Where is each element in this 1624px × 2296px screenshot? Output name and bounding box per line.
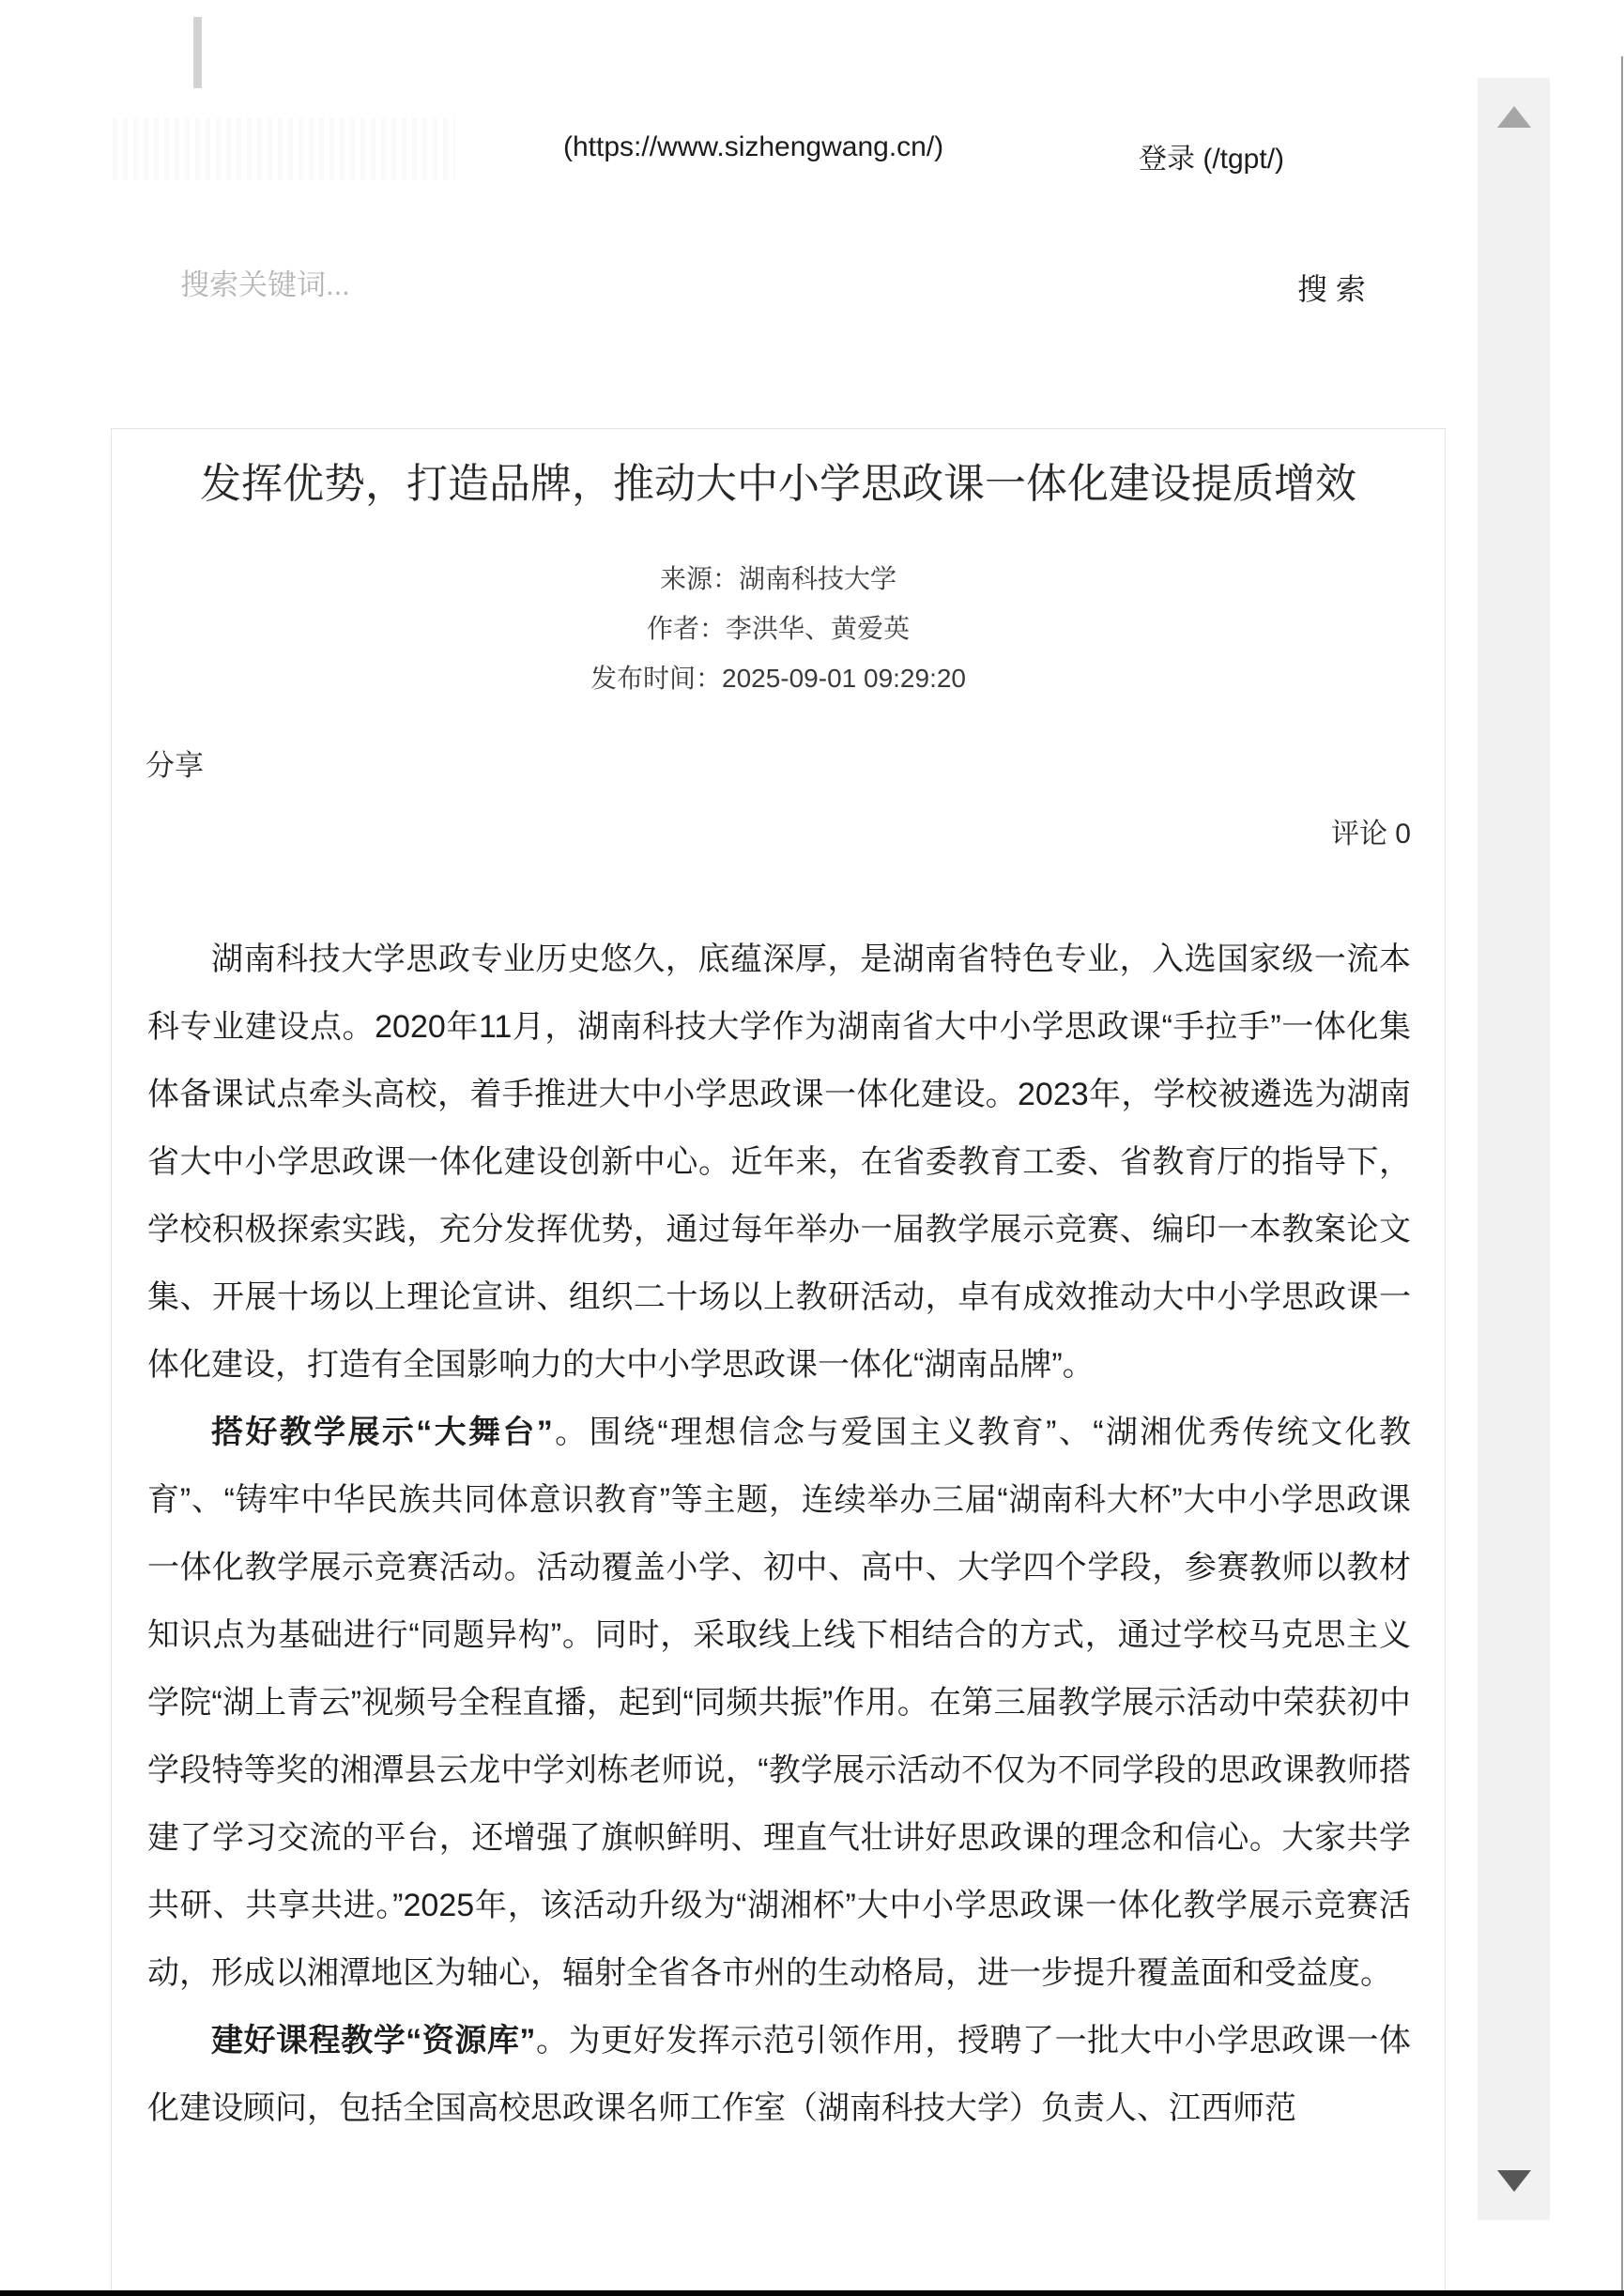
window-right-edge — [1621, 56, 1623, 2291]
paragraph-text: 。围绕“理想信念与爱国主义教育”、“湖湘优秀传统文化教育”、“铸牢中华民族共同体… — [147, 1415, 1411, 1991]
article-paragraph: 湖南科技大学思政专业历史悠久，底蕴深厚，是湖南省特色专业，入选国家级一流本科专业… — [147, 926, 1411, 1399]
site-url-text[interactable]: (https://www.sizhengwang.cn/) — [563, 131, 1014, 163]
article-body: 湖南科技大学思政专业历史悠久，底蕴深厚，是湖南省特色专业，入选国家级一流本科专业… — [147, 926, 1411, 2142]
scroll-up-icon[interactable] — [1497, 106, 1531, 128]
article-source: 来源：湖南科技大学 — [111, 559, 1446, 596]
search-input[interactable] — [178, 258, 1027, 313]
paragraph-lead: 建好课程教学“资源库” — [211, 2023, 535, 2059]
article-paragraph: 搭好教学展示“大舞台”。围绕“理想信念与爱国主义教育”、“湖湘优秀传统文化教育”… — [147, 1399, 1411, 2007]
comments-count-link[interactable]: 评论 0 — [1049, 810, 1411, 851]
logo-placeholder-bar — [193, 17, 202, 88]
article-title: 发挥优势，打造品牌，推动大中小学思政课一体化建设提质增效 — [111, 456, 1446, 512]
scroll-down-icon[interactable] — [1497, 2170, 1531, 2192]
article-publish-time: 发布时间：2025-09-01 09:29:20 — [111, 658, 1446, 696]
paragraph-text: 湖南科技大学思政专业历史悠久，底蕴深厚，是湖南省特色专业，入选国家级一流本科专业… — [147, 941, 1411, 1383]
article-paragraph: 建好课程教学“资源库”。为更好发挥示范引领作用，授聘了一批大中小学思政课一体化建… — [147, 2007, 1411, 2142]
login-link[interactable]: 登录 (/tgpt/) — [1139, 135, 1284, 176]
share-button[interactable]: 分享 — [146, 742, 204, 784]
article-author: 作者：李洪华、黄爱英 — [111, 608, 1446, 646]
scrollbar-track[interactable] — [1478, 78, 1550, 2220]
search-button[interactable]: 搜 索 — [1292, 265, 1371, 310]
faded-logo-placeholder — [113, 118, 455, 180]
window-bottom-edge — [0, 2290, 1624, 2296]
paragraph-lead: 搭好教学展示“大舞台” — [211, 1415, 553, 1450]
